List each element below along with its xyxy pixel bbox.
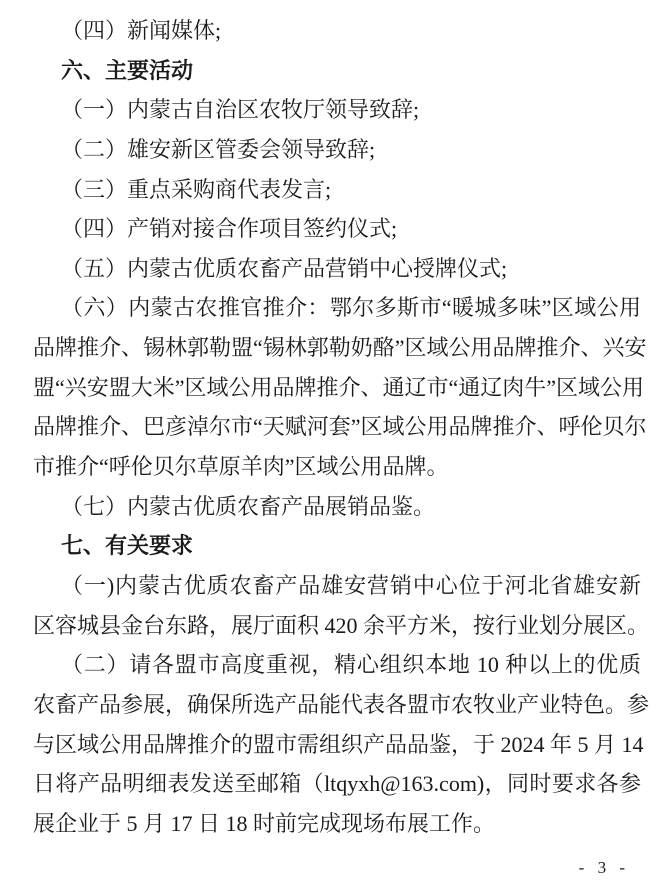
paragraph: （四）新闻媒体;	[33, 11, 641, 51]
section-heading: 六、主要活动	[33, 51, 641, 91]
document-body: （四）新闻媒体;六、主要活动（一）内蒙古自治区农牧厅领导致辞;（二）雄安新区管委…	[33, 11, 641, 843]
paragraph: （三）重点采购商代表发言;	[33, 170, 641, 210]
text-line: 日将产品明细表发送至邮箱（ltqyxh@163.com)，同时要求各参	[33, 764, 641, 804]
text-line: （五）内蒙古优质农畜产品营销中心授牌仪式;	[33, 249, 641, 289]
text-line: （一)内蒙古优质农畜产品雄安营销中心位于河北省雄安新	[33, 566, 641, 606]
text-line: 盟“兴安盟大米”区域公用品牌推介、通辽市“通辽肉牛”区域公用	[33, 368, 641, 408]
paragraph: （二）请各盟市高度重视，精心组织本地 10 种以上的优质农畜产品参展，确保所选产…	[33, 645, 641, 843]
text-line: 品牌推介、锡林郭勒盟“锡林郭勒奶酪”区域公用品牌推介、兴安	[33, 328, 641, 368]
paragraph: （六）内蒙古农推官推介：鄂尔多斯市“暖城多味”区域公用品牌推介、锡林郭勒盟“锡林…	[33, 288, 641, 486]
paragraph: （二）雄安新区管委会领导致辞;	[33, 130, 641, 170]
paragraph: （五）内蒙古优质农畜产品营销中心授牌仪式;	[33, 249, 641, 289]
heading-line: 七、有关要求	[33, 526, 641, 566]
text-line: （二）请各盟市高度重视，精心组织本地 10 种以上的优质	[33, 645, 641, 685]
text-line: 与区域公用品牌推介的盟市需组织产品品鉴，于 2024 年 5 月 14	[33, 725, 641, 765]
text-line: （一）内蒙古自治区农牧厅领导致辞;	[33, 90, 641, 130]
heading-line: 六、主要活动	[33, 51, 641, 91]
text-line: 农畜产品参展，确保所选产品能代表各盟市农牧业产业特色。参	[33, 685, 641, 725]
text-line: 市推介“呼伦贝尔草原羊肉”区域公用品牌。	[33, 447, 641, 487]
text-line: （七）内蒙古优质农畜产品展销品鉴。	[33, 487, 641, 527]
text-line: （四）产销对接合作项目签约仪式;	[33, 209, 641, 249]
text-line: 区容城县金台东路，展厅面积 420 余平方米，按行业划分展区。	[33, 606, 641, 646]
text-line: 展企业于 5 月 17 日 18 时前完成现场布展工作。	[33, 804, 641, 844]
text-line: 品牌推介、巴彦淖尔市“天赋河套”区域公用品牌推介、呼伦贝尔	[33, 407, 641, 447]
paragraph: （七）内蒙古优质农畜产品展销品鉴。	[33, 487, 641, 527]
document-page: （四）新闻媒体;六、主要活动（一）内蒙古自治区农牧厅领导致辞;（二）雄安新区管委…	[0, 0, 665, 890]
paragraph: （一)内蒙古优质农畜产品雄安营销中心位于河北省雄安新区容城县金台东路，展厅面积 …	[33, 566, 641, 645]
page-number: - 3 -	[579, 856, 625, 880]
paragraph: （四）产销对接合作项目签约仪式;	[33, 209, 641, 249]
section-heading: 七、有关要求	[33, 526, 641, 566]
text-line: （四）新闻媒体;	[33, 11, 641, 51]
paragraph: （一）内蒙古自治区农牧厅领导致辞;	[33, 90, 641, 130]
text-line: （三）重点采购商代表发言;	[33, 170, 641, 210]
text-line: （二）雄安新区管委会领导致辞;	[33, 130, 641, 170]
text-line: （六）内蒙古农推官推介：鄂尔多斯市“暖城多味”区域公用	[33, 288, 641, 328]
